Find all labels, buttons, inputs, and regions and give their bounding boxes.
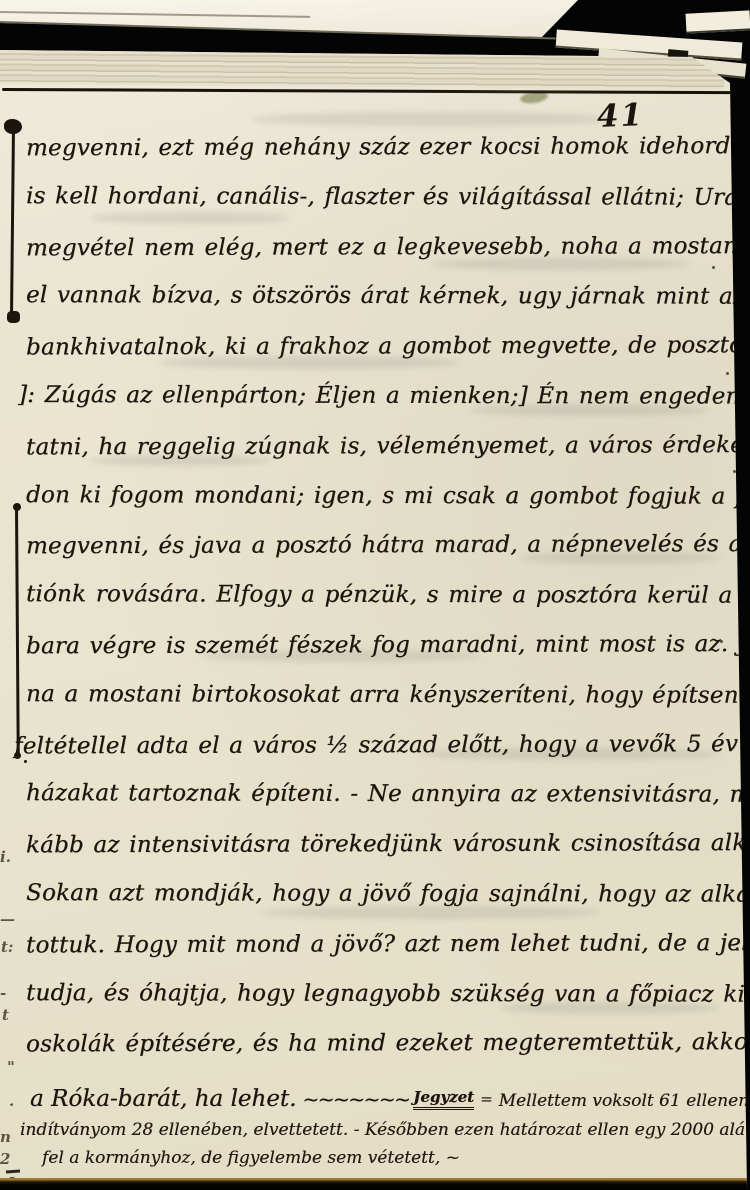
manuscript-line: oskolák építésére, és ha mind ezeket meg…: [26, 1029, 750, 1058]
photograph-background: 41 megvenni, ezt még nehány száz ezer ko…: [0, 0, 750, 1190]
bleed-through-smudge: [90, 212, 290, 224]
left-edge-mark: —: [0, 910, 15, 928]
left-edge-mark: i.: [0, 848, 11, 866]
manuscript-line: bankhivatalnok, ki a frakhoz a gombot me…: [26, 332, 750, 361]
manuscript-line: bara végre is szemét fészek fog maradni,…: [26, 631, 750, 660]
left-edge-mark: t:: [1, 938, 13, 956]
page-bottom-edge: [0, 1178, 750, 1190]
manuscript-line: tatni, ha reggelig zúgnak is, véleményem…: [26, 431, 750, 460]
note-line: Mellettem voksolt 61 ellenem 89, így hát: [499, 1091, 750, 1111]
manuscript-line: don ki fogom mondani; igen, s mi csak a …: [26, 482, 750, 510]
ink-dot: [712, 266, 715, 269]
closing-text: a Róka-barát, ha lehet.: [30, 1086, 296, 1112]
left-edge-mark: ·: [9, 1096, 14, 1114]
left-edge-mark: -: [0, 984, 6, 1002]
equals-sign: =: [480, 1090, 493, 1108]
margin-bracket-lower-line: [15, 506, 20, 758]
margin-ink-dot: [24, 760, 27, 763]
note-line: fel a kormányhoz, de figyelembe sem véte…: [42, 1148, 460, 1168]
manuscript-line: is kell hordani, canális-, flaszter és v…: [26, 183, 750, 211]
page-number: 41: [596, 97, 644, 135]
manuscript-line: házakat tartoznak építeni. - Ne annyira …: [26, 781, 750, 809]
page-corner-wedge: [686, 10, 750, 33]
manuscript-line: tiónk rovására. Elfogy a pénzük, s mire …: [26, 581, 750, 609]
margin-bracket-upper-end: [7, 311, 20, 323]
flourish-squiggle: ~~~~~~~: [302, 1087, 409, 1111]
left-edge-mark: ": [7, 1058, 15, 1076]
note-label: Jegyzet: [413, 1088, 474, 1110]
manuscript-line: megvétel nem elég, mert ez a legkevesebb…: [26, 232, 750, 261]
ink-dot: [733, 470, 736, 473]
manuscript-page: 41 megvenni, ezt még nehány száz ezer ko…: [0, 0, 750, 1190]
left-edge-mark: t: [2, 1006, 9, 1024]
manuscript-line: megvenni, ezt még nehány száz ezer kocsi…: [26, 133, 750, 162]
closing-line: a Róka-barát, ha lehet.~~~~~~~Jegyzet=Me…: [30, 1086, 750, 1112]
manuscript-line: na a mostani birtokosokat arra kényszerí…: [26, 681, 750, 709]
manuscript-line: Sokan azt mondják, hogy a jövő fogja saj…: [26, 880, 750, 908]
manuscript-line: ]: Zúgás az ellenpárton; Éljen a mienken…: [18, 382, 750, 410]
ink-dot: [726, 372, 729, 375]
manuscript-line: feltétellel adta el a város ½ század elő…: [14, 730, 750, 759]
margin-bracket-upper-line: [10, 126, 15, 318]
manuscript-line: megvenni, és java a posztó hátra marad, …: [26, 531, 750, 560]
manuscript-line: el vannak bízva, s ötszörös árat kérnek,…: [26, 283, 750, 311]
previous-page-edge: [0, 0, 580, 40]
manuscript-line: kább az intensivitásra törekedjünk város…: [26, 830, 750, 859]
bleed-through-smudge: [260, 906, 600, 919]
manuscript-line: tottuk. Hogy mit mond a jövő? azt nem le…: [26, 929, 750, 958]
left-edge-mark: 2: [0, 1150, 10, 1168]
left-edge-mark: n: [0, 1128, 11, 1146]
bleed-through-smudge: [250, 112, 610, 126]
note-line: indítványom 28 ellenében, elvettetett. -…: [20, 1120, 750, 1140]
manuscript-line: tudja, és óhajtja, hogy legnagyobb szüks…: [26, 980, 750, 1008]
